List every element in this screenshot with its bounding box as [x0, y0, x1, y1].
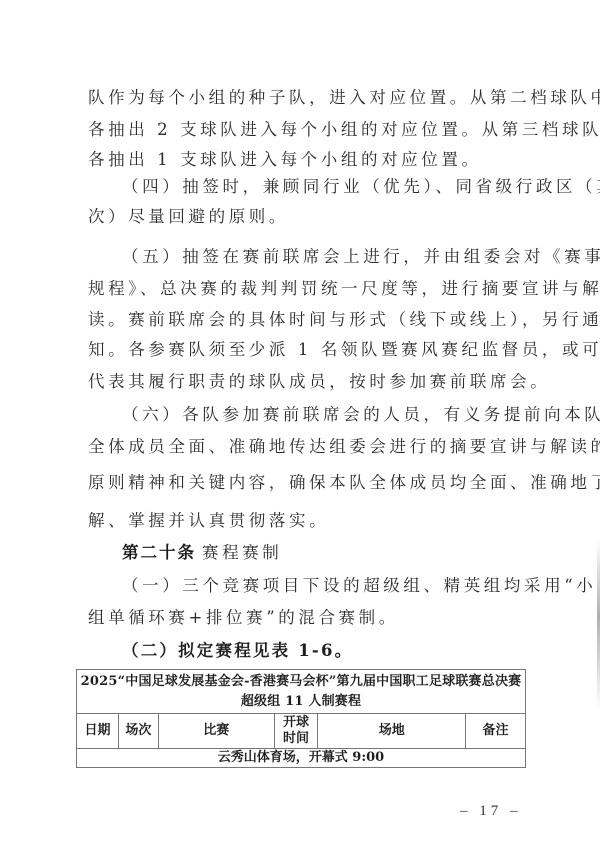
venue-opening-row: 云秀山体育场，开幕式 9:00	[77, 749, 526, 768]
paragraph-line: 全体成员全面、准确地传达组委会进行的摘要宣讲与解读的	[88, 437, 600, 457]
page-number: – 17 –	[460, 803, 522, 820]
table-row: 云秀山体育场，开幕式 9:00	[77, 749, 526, 768]
paragraph-line: 解、掌握并认真贯彻落实。	[88, 511, 329, 531]
paragraph-line: 组单循环赛+排位赛”的混合赛制。	[88, 608, 399, 628]
table-header-row: 日期 场次 比赛 开球 时间 场地 备注	[77, 714, 526, 749]
clause-four-line: （四）抽签时，兼顾同行业（优先）、同省级行政区（其	[122, 177, 600, 197]
header-kickoff-time: 开球 时间	[274, 714, 318, 749]
paragraph-line: 各抽出 2 支球队进入每个小组的对应位置。从第三档球队中，	[88, 120, 600, 140]
article-title: 赛程赛制	[202, 543, 282, 562]
paragraph-line: 知。各参赛队须至少派 1 名领队暨赛风赛纪监督员，或可以	[88, 340, 600, 360]
clause-two-heading: （二）拟定赛程见表 1-6。	[122, 641, 353, 661]
article-number: 第二十条	[122, 543, 196, 562]
header-kickoff-line1: 开球	[275, 715, 318, 731]
header-notes: 备注	[466, 714, 526, 749]
clause-five-line: （五）抽签在赛前联席会上进行，并由组委会对《赛事	[122, 247, 600, 267]
header-date: 日期	[77, 714, 119, 749]
paragraph-line: 代表其履行职责的球队成员，按时参加赛前联席会。	[88, 372, 550, 392]
clause-six-line: （六）各队参加赛前联席会的人员，有义务提前向本队	[122, 405, 600, 425]
header-match: 比赛	[158, 714, 274, 749]
paragraph-line: 各抽出 1 支球队进入每个小组的对应位置。	[88, 150, 482, 170]
paragraph-line: 规程》、总决赛的裁判判罚统一尺度等，进行摘要宣讲与解	[88, 279, 600, 299]
table-title: 2025“中国足球发展基金会-香港赛马会杯”第九届中国职工足球联赛总决赛 超级组…	[77, 670, 526, 714]
header-venue: 场地	[318, 714, 466, 749]
paragraph-line: 次）尽量回避的原则。	[88, 207, 289, 227]
article-heading: 第二十条赛程赛制	[122, 543, 282, 563]
paragraph-line: 原则精神和关键内容，确保本队全体成员均全面、准确地了	[88, 473, 600, 493]
table-title-line1: 2025“中国足球发展基金会-香港赛马会杯”第九届中国职工足球联赛总决赛	[77, 672, 525, 692]
paragraph-line: 队作为每个小组的种子队，进入对应位置。从第二档球队中，	[88, 88, 600, 108]
table-title-line2: 超级组 11 人制赛程	[77, 692, 525, 712]
header-match-no: 场次	[118, 714, 158, 749]
clause-one-line: （一）三个竞赛项目下设的超级组、精英组均采用“小	[122, 576, 596, 596]
schedule-table: 2025“中国足球发展基金会-香港赛马会杯”第九届中国职工足球联赛总决赛 超级组…	[76, 669, 526, 768]
paragraph-line: 读。赛前联席会的具体时间与形式（线下或线上），另行通	[88, 310, 600, 330]
header-kickoff-line2: 时间	[275, 731, 318, 747]
